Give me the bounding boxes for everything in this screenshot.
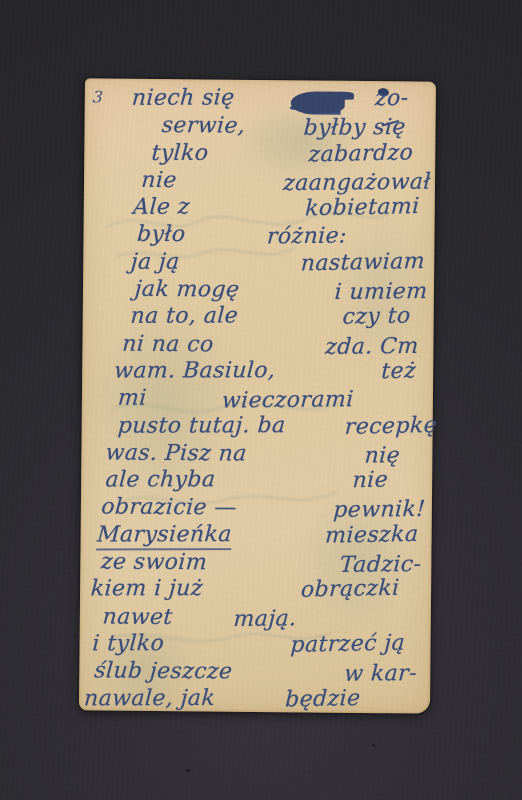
handwriting-line: Ale zkobietami [132, 194, 420, 222]
handwriting-line: ze swoimTadzic- [100, 550, 422, 580]
handwriting-text: i tylko [92, 631, 165, 656]
handwriting-line: ślub jeszczew kar- [93, 659, 418, 689]
photo-background: 3 niech sięzo- serwie,byłby się tylkozab… [0, 0, 522, 800]
handwriting-text: nię [363, 443, 400, 468]
handwriting-text: mają. [233, 606, 297, 632]
handwriting-line: na to, aleczy to [130, 303, 412, 331]
handwriting-line: jak mogęi umiem [134, 277, 429, 306]
handwriting-text: obrączki [300, 576, 400, 603]
handwriting-text: ślub jeszcze [93, 659, 233, 685]
handwriting-line: ni na cozda. Cm [121, 331, 419, 360]
handwriting-text: nawale, jak [83, 686, 216, 711]
handwriting-text: pusto tutaj. ba [117, 413, 286, 438]
handwriting-text: mi [117, 386, 148, 411]
handwriting-text: byłby się [303, 115, 407, 141]
handwriting-line: Marysieńkamieszka [96, 521, 419, 549]
handwriting-text: obrazicie — [100, 495, 237, 521]
handwriting-line: byłoróżnie: [136, 222, 348, 251]
handwriting-text: zo- [374, 86, 409, 112]
handwriting-line: nawetmają. [102, 604, 298, 633]
handwriting-text: was. Pisz na [105, 440, 248, 466]
handwriting-text: patrzeć ją [289, 631, 405, 658]
handwriting-text: nastawiam [300, 249, 425, 276]
handwriting-line: kiem i jużobrączki [90, 576, 400, 604]
handwriting-text: Ale z [132, 195, 190, 220]
handwriting-text: będzie [284, 686, 361, 712]
handwriting-text: nie [352, 468, 389, 494]
page-number: 3 [92, 87, 104, 106]
handwriting-line: tylkozabardzo [151, 140, 415, 168]
handwriting-text: na to, ale [130, 304, 239, 329]
handwritten-text-block: niech sięzo- serwie,byłby się tylkozabar… [67, 86, 452, 717]
handwriting-text: kobietami [304, 194, 420, 221]
handwriting-text: i umiem [334, 279, 428, 305]
handwriting-text: czy to [342, 304, 411, 330]
handwriting-text: mieszka [325, 522, 419, 549]
handwriting-text: niech się [131, 86, 235, 111]
handwriting-line: niech sięzo- [131, 85, 409, 113]
handwriting-text: w kar- [344, 661, 418, 687]
handwriting-text: było [136, 222, 186, 247]
handwriting-text: ale chyba [105, 467, 217, 492]
handwriting-text-underlined: Marysieńka [96, 522, 233, 550]
handwriting-text: wieczorami [222, 387, 355, 413]
handwriting-line: i tylkopatrzeć ją [91, 631, 405, 659]
handwriting-text: serwie, [161, 113, 246, 139]
handwriting-text: różnie: [266, 224, 347, 250]
handwriting-line: serwie,byłby się [161, 113, 407, 142]
handwriting-text: ni na co [121, 331, 214, 357]
handwriting-line: niezaangażował [140, 168, 432, 197]
handwriting-text: Tadzic- [339, 552, 422, 578]
handwriting-text: nawet [102, 604, 174, 629]
handwriting-line: ale chybanie [104, 467, 388, 495]
handwriting-line: pusto tutaj. barecepkę [117, 412, 438, 440]
handwriting-text: zaangażował [283, 169, 432, 196]
handwriting-line: obrazicie —pewnik! [100, 495, 426, 525]
dust-fleck [372, 744, 375, 747]
dust-fleck [186, 769, 190, 772]
handwriting-text: zabardzo [308, 140, 414, 167]
postcard-paper: 3 niech sięzo- serwie,byłby się tylkozab… [79, 78, 436, 713]
handwriting-line: nawale, jakbędzie [83, 685, 361, 713]
handwriting-line: wam. Basiulo,też [113, 358, 417, 386]
handwriting-line: was. Pisz nanię [105, 440, 401, 469]
handwriting-text: pewnik! [332, 497, 426, 523]
handwriting-text: wam. Basiulo, [113, 358, 276, 383]
handwriting-line: miwieczorami [117, 386, 355, 415]
handwriting-text: jak mogę [134, 277, 241, 303]
handwriting-text: recepkę [344, 413, 438, 440]
handwriting-text: nie [140, 168, 177, 193]
handwriting-text: kiem i już [90, 576, 204, 601]
handwriting-text: ja ją [130, 249, 181, 274]
handwriting-line: ja jąnastawiam [130, 249, 426, 277]
handwriting-text: też [381, 358, 417, 384]
handwriting-text: zda. Cm [324, 334, 419, 360]
handwriting-text: ze swoim [100, 550, 208, 576]
handwriting-text: tylko [151, 140, 210, 165]
